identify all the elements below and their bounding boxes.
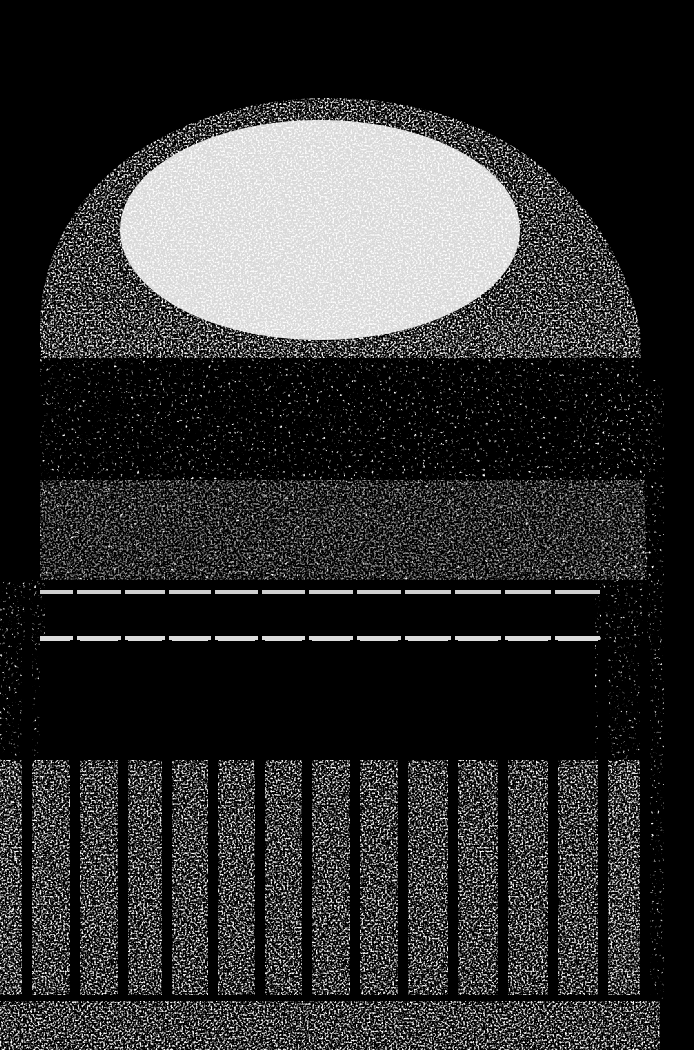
arch-fence-photo [0, 0, 694, 1050]
photo-scene [0, 0, 694, 1050]
